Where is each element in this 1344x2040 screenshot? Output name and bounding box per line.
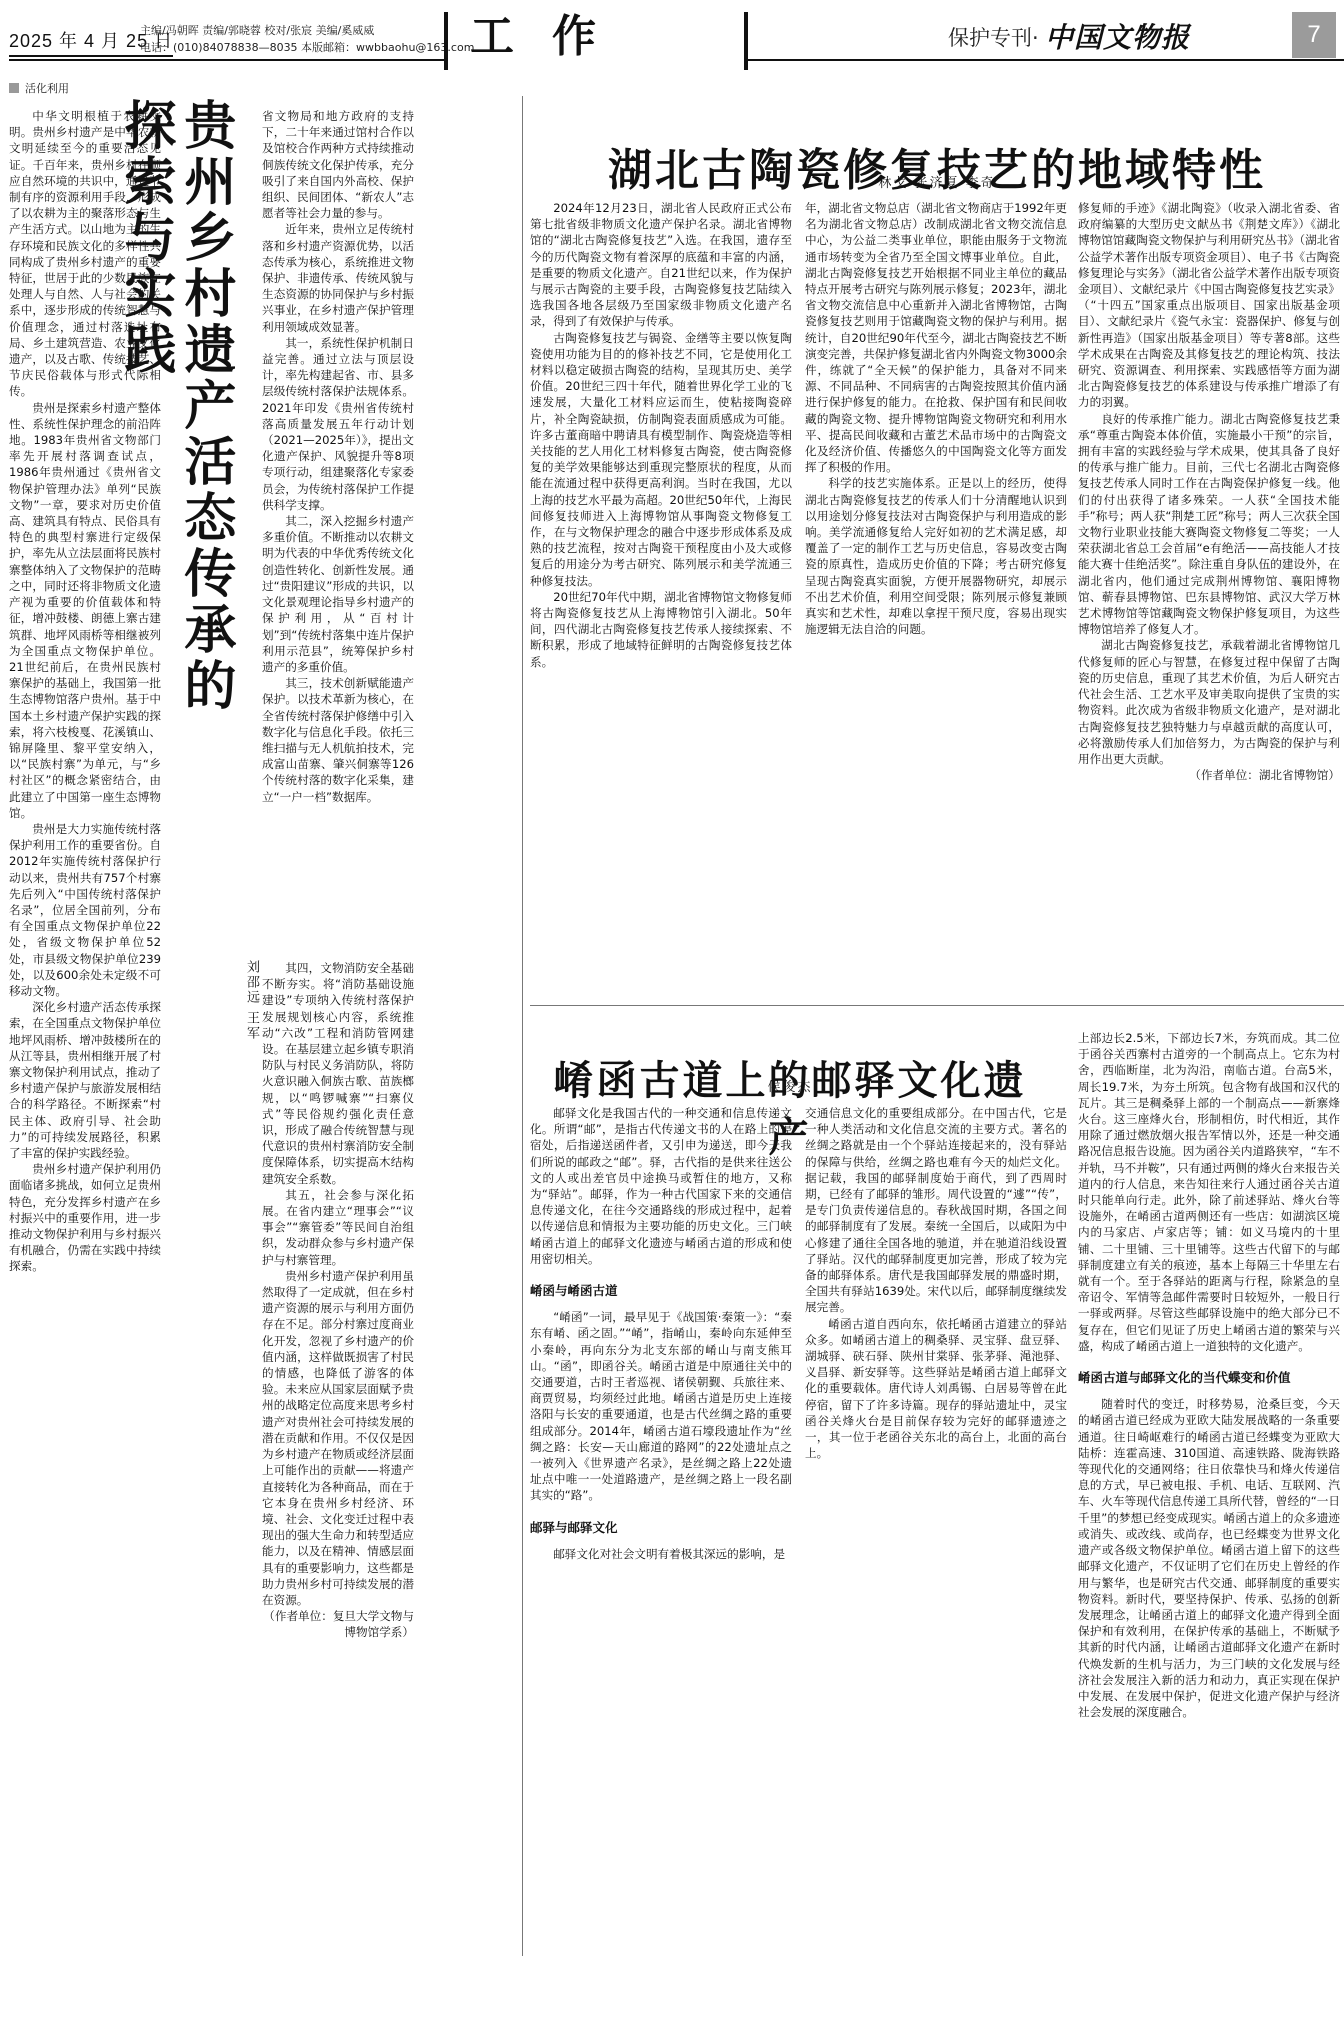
paragraph: 交通信息文化的重要组成部分。在中国古代，它是一种人类活动和文化信息交流的主要方式…	[805, 1105, 1067, 1316]
paragraph: 随着时代的变迁，时移势易，沧桑巨变，今天的崤函古道已经成为亚欧大陆发展战略的一条…	[1078, 1396, 1340, 1720]
newspaper-logo: 中国文物报	[1045, 16, 1190, 56]
xiaohan-column-2: 交通信息文化的重要组成部分。在中国古代，它是一种人类活动和文化信息交流的主要方式…	[805, 1105, 1067, 1955]
guizhou-headline: 贵州乡村遗产活态传承的探索与实践	[175, 98, 235, 718]
masthead-rule-left	[9, 59, 445, 61]
editorial-credits: 主编/冯朝晖 责编/郭晓蓉 校对/张宸 美编/奚威威 电话：(010)84078…	[140, 22, 474, 56]
hubei-column-1: 2024年12月23日，湖北省人民政府正式公布第七批省级非物质文化遗产保护名录。…	[530, 200, 792, 990]
paragraph: 20世纪70年代中期，湖北省博物馆文物修复师将古陶瓷修复技艺从上海博物馆引入湖北…	[530, 589, 792, 670]
article-separator	[530, 1005, 1344, 1006]
xiaohan-subheading-3: 崤函古道与邮驿文化的当代蝶变和价值	[1078, 1370, 1340, 1386]
masthead-divider-left	[444, 12, 448, 70]
page-number-badge: 7	[1292, 12, 1336, 58]
editors-line: 主编/冯朝晖 责编/郭晓蓉 校对/张宸 美编/奚威威	[140, 22, 474, 39]
paragraph: 贵州乡村遗产保护利用虽然取得了一定成就，但在乡村遗产资源的展示与利用方面仍存在不…	[262, 1268, 414, 1608]
guizhou-column-1: 中华文明根植于农耕文明。贵州乡村遗产是中华农耕文明延续至今的重要活态见证。千百年…	[9, 108, 161, 1948]
paragraph: 上部边长2.5米，下部边长7米，夯筑而成。其二位于函谷关西寨村古道旁的一个制高点…	[1078, 1030, 1340, 1354]
column-divider	[522, 96, 523, 1956]
xiaohan-subheading-1: 崤函与崤函古道	[530, 1283, 792, 1299]
xiaohan-column-1: 邮驿文化是我国古代的一种交通和信息传递文化。所谓“邮”，是指古代传递文书的人在路…	[530, 1105, 792, 1955]
paragraph: 邮驿文化是我国古代的一种交通和信息传递文化。所谓“邮”，是指古代传递文书的人在路…	[530, 1105, 792, 1267]
guizhou-column-2: 省文物局和地方政府的支持下，二十年来通过馆村合作以及馆校合作两种方式持续推动侗族…	[262, 108, 414, 960]
guizhou-column-2-lower: 其四，文物消防安全基础不断夯实。将“消防基础设施建设”专项纳入传统村落保护发展规…	[262, 960, 414, 1950]
paragraph: 深化乡村遗产活态传承探索，在全国重点文物保护单位地坪风雨桥、增冲鼓楼所在的从江等…	[9, 999, 161, 1161]
paragraph: 邮驿文化对社会文明有着极其深远的影响，是	[530, 1546, 792, 1562]
guizhou-author-affiliation: （作者单位：复旦大学文物与博物馆学系）	[262, 1608, 414, 1640]
paragraph: 科学的技艺实施体系。正是以上的经历，使得湖北古陶瓷修复技艺的传承人们十分清醒地认…	[805, 475, 1067, 637]
xiaohan-column-3: 上部边长2.5米，下部边长7米，夯筑而成。其二位于函谷关西寨村古道旁的一个制高点…	[1078, 1030, 1340, 1955]
paragraph: 其二，深入挖掘乡村遗产多重价值。不断推动以农耕文明为代表的中华优秀传统文化创造性…	[262, 513, 414, 675]
paragraph: 其五，社会参与深化拓展。在省内建立“理事会”“议事会”“寨管委”等民间自治组织，…	[262, 1187, 414, 1268]
guizhou-byline: 刘邵远 王军	[216, 960, 262, 1041]
section-title: 工作	[470, 12, 720, 62]
paragraph: 其四，文物消防安全基础不断夯实。将“消防基础设施建设”专项纳入传统村落保护发展规…	[262, 960, 414, 1187]
paragraph: 贵州是大力实施传统村落保护利用工作的重要省份。自2012年实施传统村落保护行动以…	[9, 821, 161, 999]
column-tag-label: 活化利用	[25, 80, 69, 96]
xiaohan-byline: 侯俊杰	[540, 1076, 1040, 1095]
paragraph: 其一，系统性保护机制日益完善。通过立法与顶层设计，率先构建起省、市、县多层级传统…	[262, 335, 414, 513]
hubei-byline: 林戈 张济夏 李奇	[530, 172, 1344, 191]
paragraph: 省文物局和地方政府的支持下，二十年来通过馆村合作以及馆校合作两种方式持续推动侗族…	[262, 108, 414, 221]
paragraph: 崤函古道自西向东，依托崤函古道建立的驿站众多。如崤函古道上的稠桑驿、灵宝驿、盘豆…	[805, 1316, 1067, 1462]
contact-line: 电话：(010)84078838—8035 本版邮箱：wwbbaohu@163.…	[140, 39, 474, 56]
special-issue-label: 保护专刊·	[948, 22, 1039, 52]
square-bullet-icon	[9, 83, 19, 93]
hubei-column-3: 修复师的手迹》《湖北陶瓷》（收录入湖北省委、省政府编纂的大型历史文献丛书《荆楚文…	[1078, 200, 1340, 990]
paragraph: 其三，技术创新赋能遗产保护。以技术革新为核心，在全省传统村落保护修缮中引入数字化…	[262, 675, 414, 805]
paragraph: 贵州是探索乡村遗产整体性、系统性保护理念的前沿阵地。1983年贵州省文物部门率先…	[9, 400, 161, 821]
paragraph: 年，湖北省文物总店（湖北省文物商店于1992年更名为湖北省文物总店）改制成湖北省…	[805, 200, 1067, 475]
paragraph: “崤函”一词，最早见于《战国策·秦策一》：“秦东有崤、函之固。”“崤”，指崤山，…	[530, 1309, 792, 1503]
paragraph: 2024年12月23日，湖北省人民政府正式公布第七批省级非物质文化遗产保护名录。…	[530, 200, 792, 330]
paragraph: 近年来，贵州立足传统村落和乡村遗产资源优势，以活态传承为核心，系统推进文物保护、…	[262, 221, 414, 334]
masthead-divider-right	[744, 12, 748, 70]
paragraph: 良好的传承推广能力。湖北古陶瓷修复技艺秉承“尊重古陶瓷本体价值，实施最小干预”的…	[1078, 411, 1340, 638]
hubei-author-affiliation: （作者单位：湖北省博物馆）	[1078, 767, 1340, 783]
paragraph: 贵州乡村遗产保护利用仍面临诸多挑战，如何立足贵州特色，充分发挥乡村遗产在乡村振兴…	[9, 1161, 161, 1274]
masthead-rule-right	[748, 59, 1344, 61]
paragraph: 修复师的手迹》《湖北陶瓷》（收录入湖北省委、省政府编纂的大型历史文献丛书《荆楚文…	[1078, 200, 1340, 411]
xiaohan-subheading-2: 邮驿与邮驿文化	[530, 1520, 792, 1536]
masthead: 2025 年 4 月 25 日 主编/冯朝晖 责编/郭晓蓉 校对/张宸 美编/奚…	[0, 0, 1344, 72]
column-tag: 活化利用	[9, 80, 69, 96]
paragraph: 湖北古陶瓷修复技艺，承载着湖北省博物馆几代修复师的匠心与智慧，在修复过程中保留了…	[1078, 637, 1340, 767]
paragraph: 古陶瓷修复技艺与锔瓷、金缮等主要以恢复陶瓷使用功能为目的的修补技艺不同，它是使用…	[530, 330, 792, 589]
hubei-column-2: 年，湖北省文物总店（湖北省文物商店于1992年更名为湖北省文物总店）改制成湖北省…	[805, 200, 1067, 990]
